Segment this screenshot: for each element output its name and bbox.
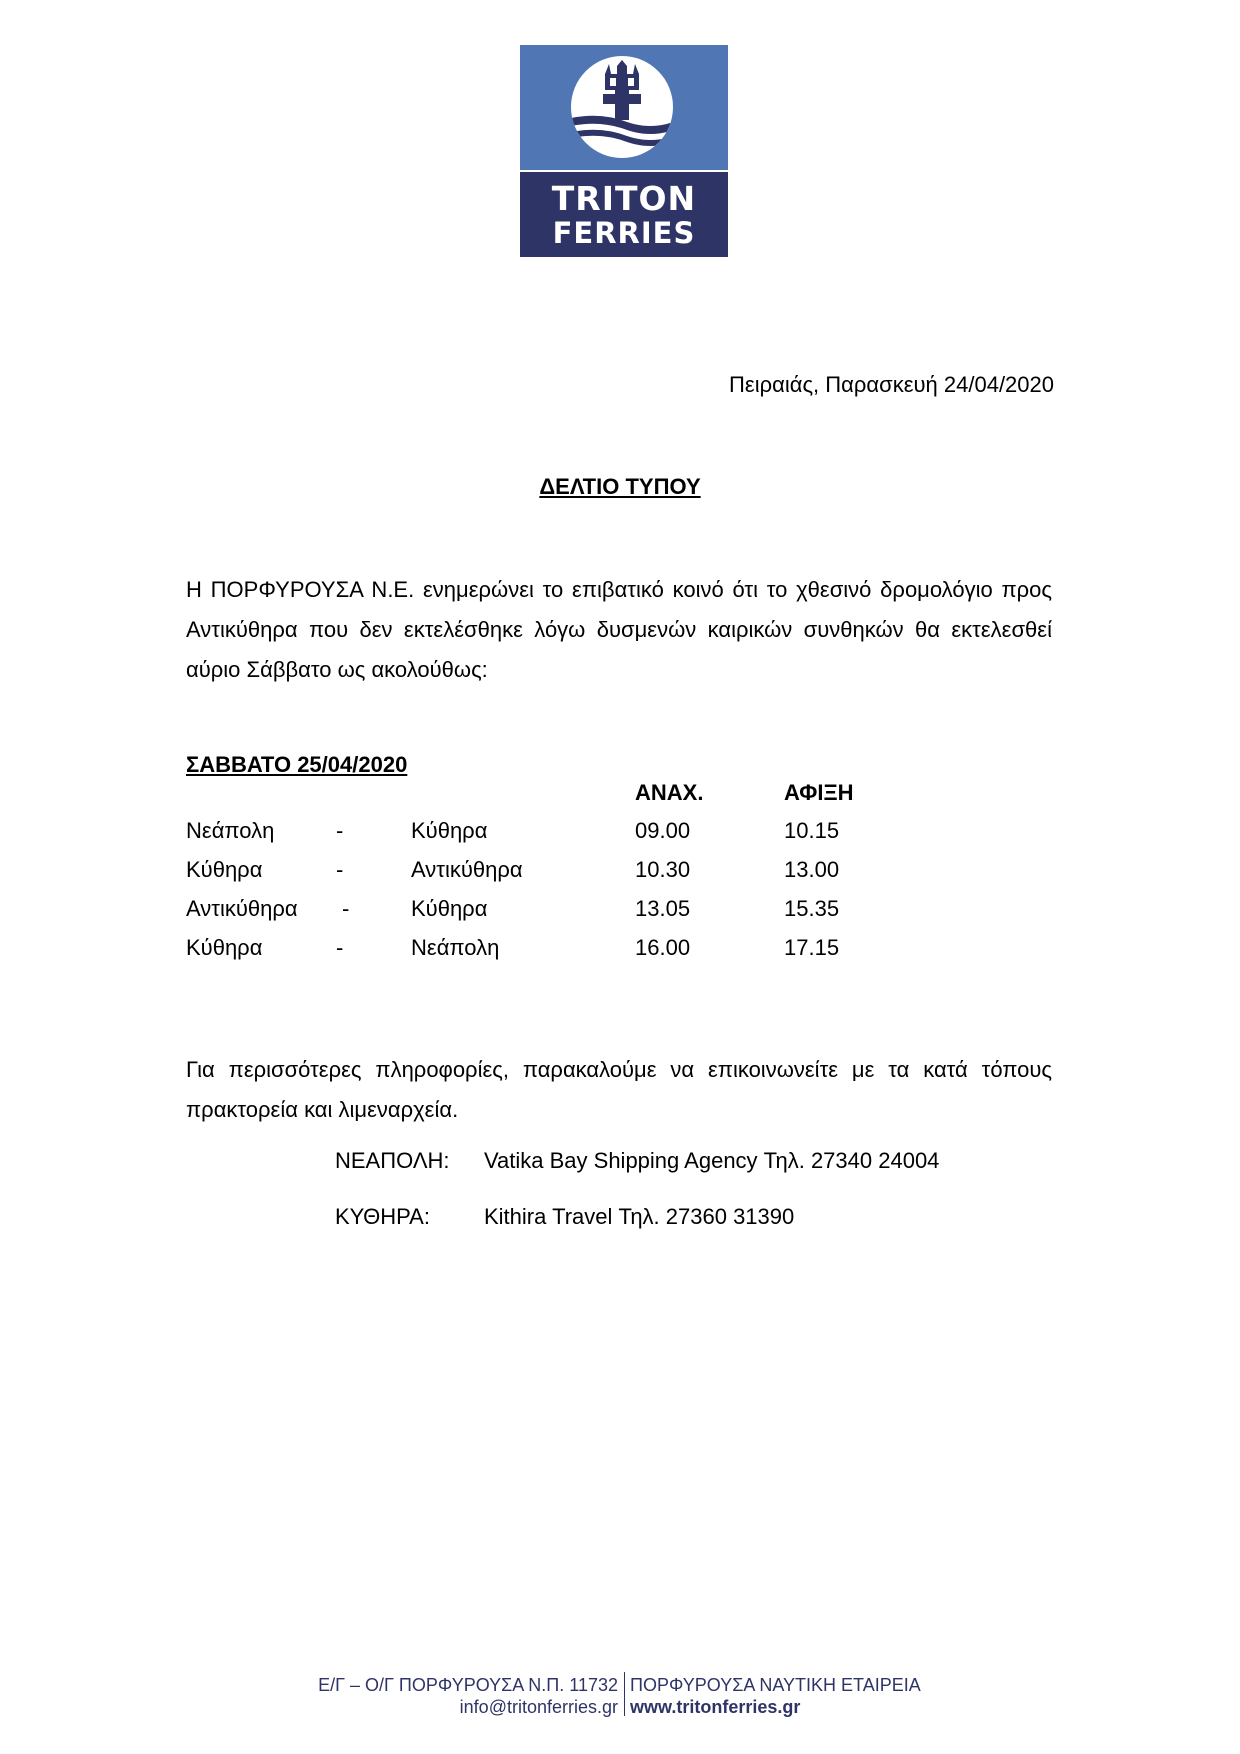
departure-time: 16.00 [635,935,690,961]
document-title: ΔΕΛΤΙΟ ΤΥΠΟΥ [0,474,1240,500]
schedule-row: Νεάπολη - Κύθηρα 09.00 10.15 [0,818,1240,848]
logo-wordmark: TRITON FERRIES [520,172,728,257]
triton-ferries-logo: TRITON FERRIES [520,45,728,257]
contact-value-neapoli: Vatika Bay Shipping Agency Τηλ. 27340 24… [484,1148,939,1174]
departure-header: ΑΝΑΧ. [635,780,703,806]
intro-paragraph: Η ΠΟΡΦΥΡΟΥΣΑ Ν.Ε. ενημερώνει το επιβατικ… [186,570,1052,690]
arrival-time: 15.35 [784,896,839,922]
departure-time: 10.30 [635,857,690,883]
route-separator: - [342,896,349,922]
arrival-time: 10.15 [784,818,839,844]
departure-time: 09.00 [635,818,690,844]
schedule-row: Αντικύθηρα - Κύθηρα 13.05 15.35 [0,896,1240,926]
footer-website-link[interactable]: www.tritonferries.gr [630,1697,800,1718]
footer-company-registration: Ε/Γ – Ο/Γ ΠΟΡΦΥΡΟΥΣΑ Ν.Π. 11732 [318,1675,618,1696]
route-to: Αντικύθηρα [411,857,523,883]
route-from: Νεάπολη [186,818,274,844]
logo-line-1: TRITON [520,181,728,217]
route-to: Κύθηρα [411,896,487,922]
route-from: Κύθηρα [186,935,262,961]
contact-label-kythira: ΚΥΘΗΡΑ: [335,1204,430,1230]
footer-company-name: ΠΟΡΦΥΡΟΥΣΑ ΝΑΥΤΙΚΗ ΕΤΑΙΡΕΙΑ [630,1675,921,1696]
date-line: Πειραιάς, Παρασκευή 24/04/2020 [729,372,1054,398]
route-to: Κύθηρα [411,818,487,844]
contact-value-kythira: Kithira Travel Τηλ. 27360 31390 [484,1204,794,1230]
arrival-time: 17.15 [784,935,839,961]
route-from: Αντικύθηρα [186,896,298,922]
route-separator: - [336,857,343,883]
schedule-date: ΣΑΒΒΑΤΟ 25/04/2020 [186,752,407,778]
logo-line-2: FERRIES [520,217,728,249]
departure-time: 13.05 [635,896,690,922]
footer-divider [624,1672,625,1716]
route-from: Κύθηρα [186,857,262,883]
trident-wave-icon [571,56,673,158]
route-to: Νεάπολη [411,935,499,961]
contact-label-neapoli: ΝΕΑΠΟΛΗ: [335,1148,450,1174]
logo-emblem-panel [520,45,728,170]
info-paragraph: Για περισσότερες πληροφορίες, παρακαλούμ… [186,1050,1052,1130]
route-separator: - [336,935,343,961]
arrival-header: ΑΦΙΞΗ [784,780,854,806]
footer-email-link[interactable]: info@tritonferries.gr [460,1697,618,1718]
arrival-time: 13.00 [784,857,839,883]
route-separator: - [336,818,343,844]
schedule-row: Κύθηρα - Αντικύθηρα 10.30 13.00 [0,857,1240,887]
schedule-row: Κύθηρα - Νεάπολη 16.00 17.15 [0,935,1240,965]
